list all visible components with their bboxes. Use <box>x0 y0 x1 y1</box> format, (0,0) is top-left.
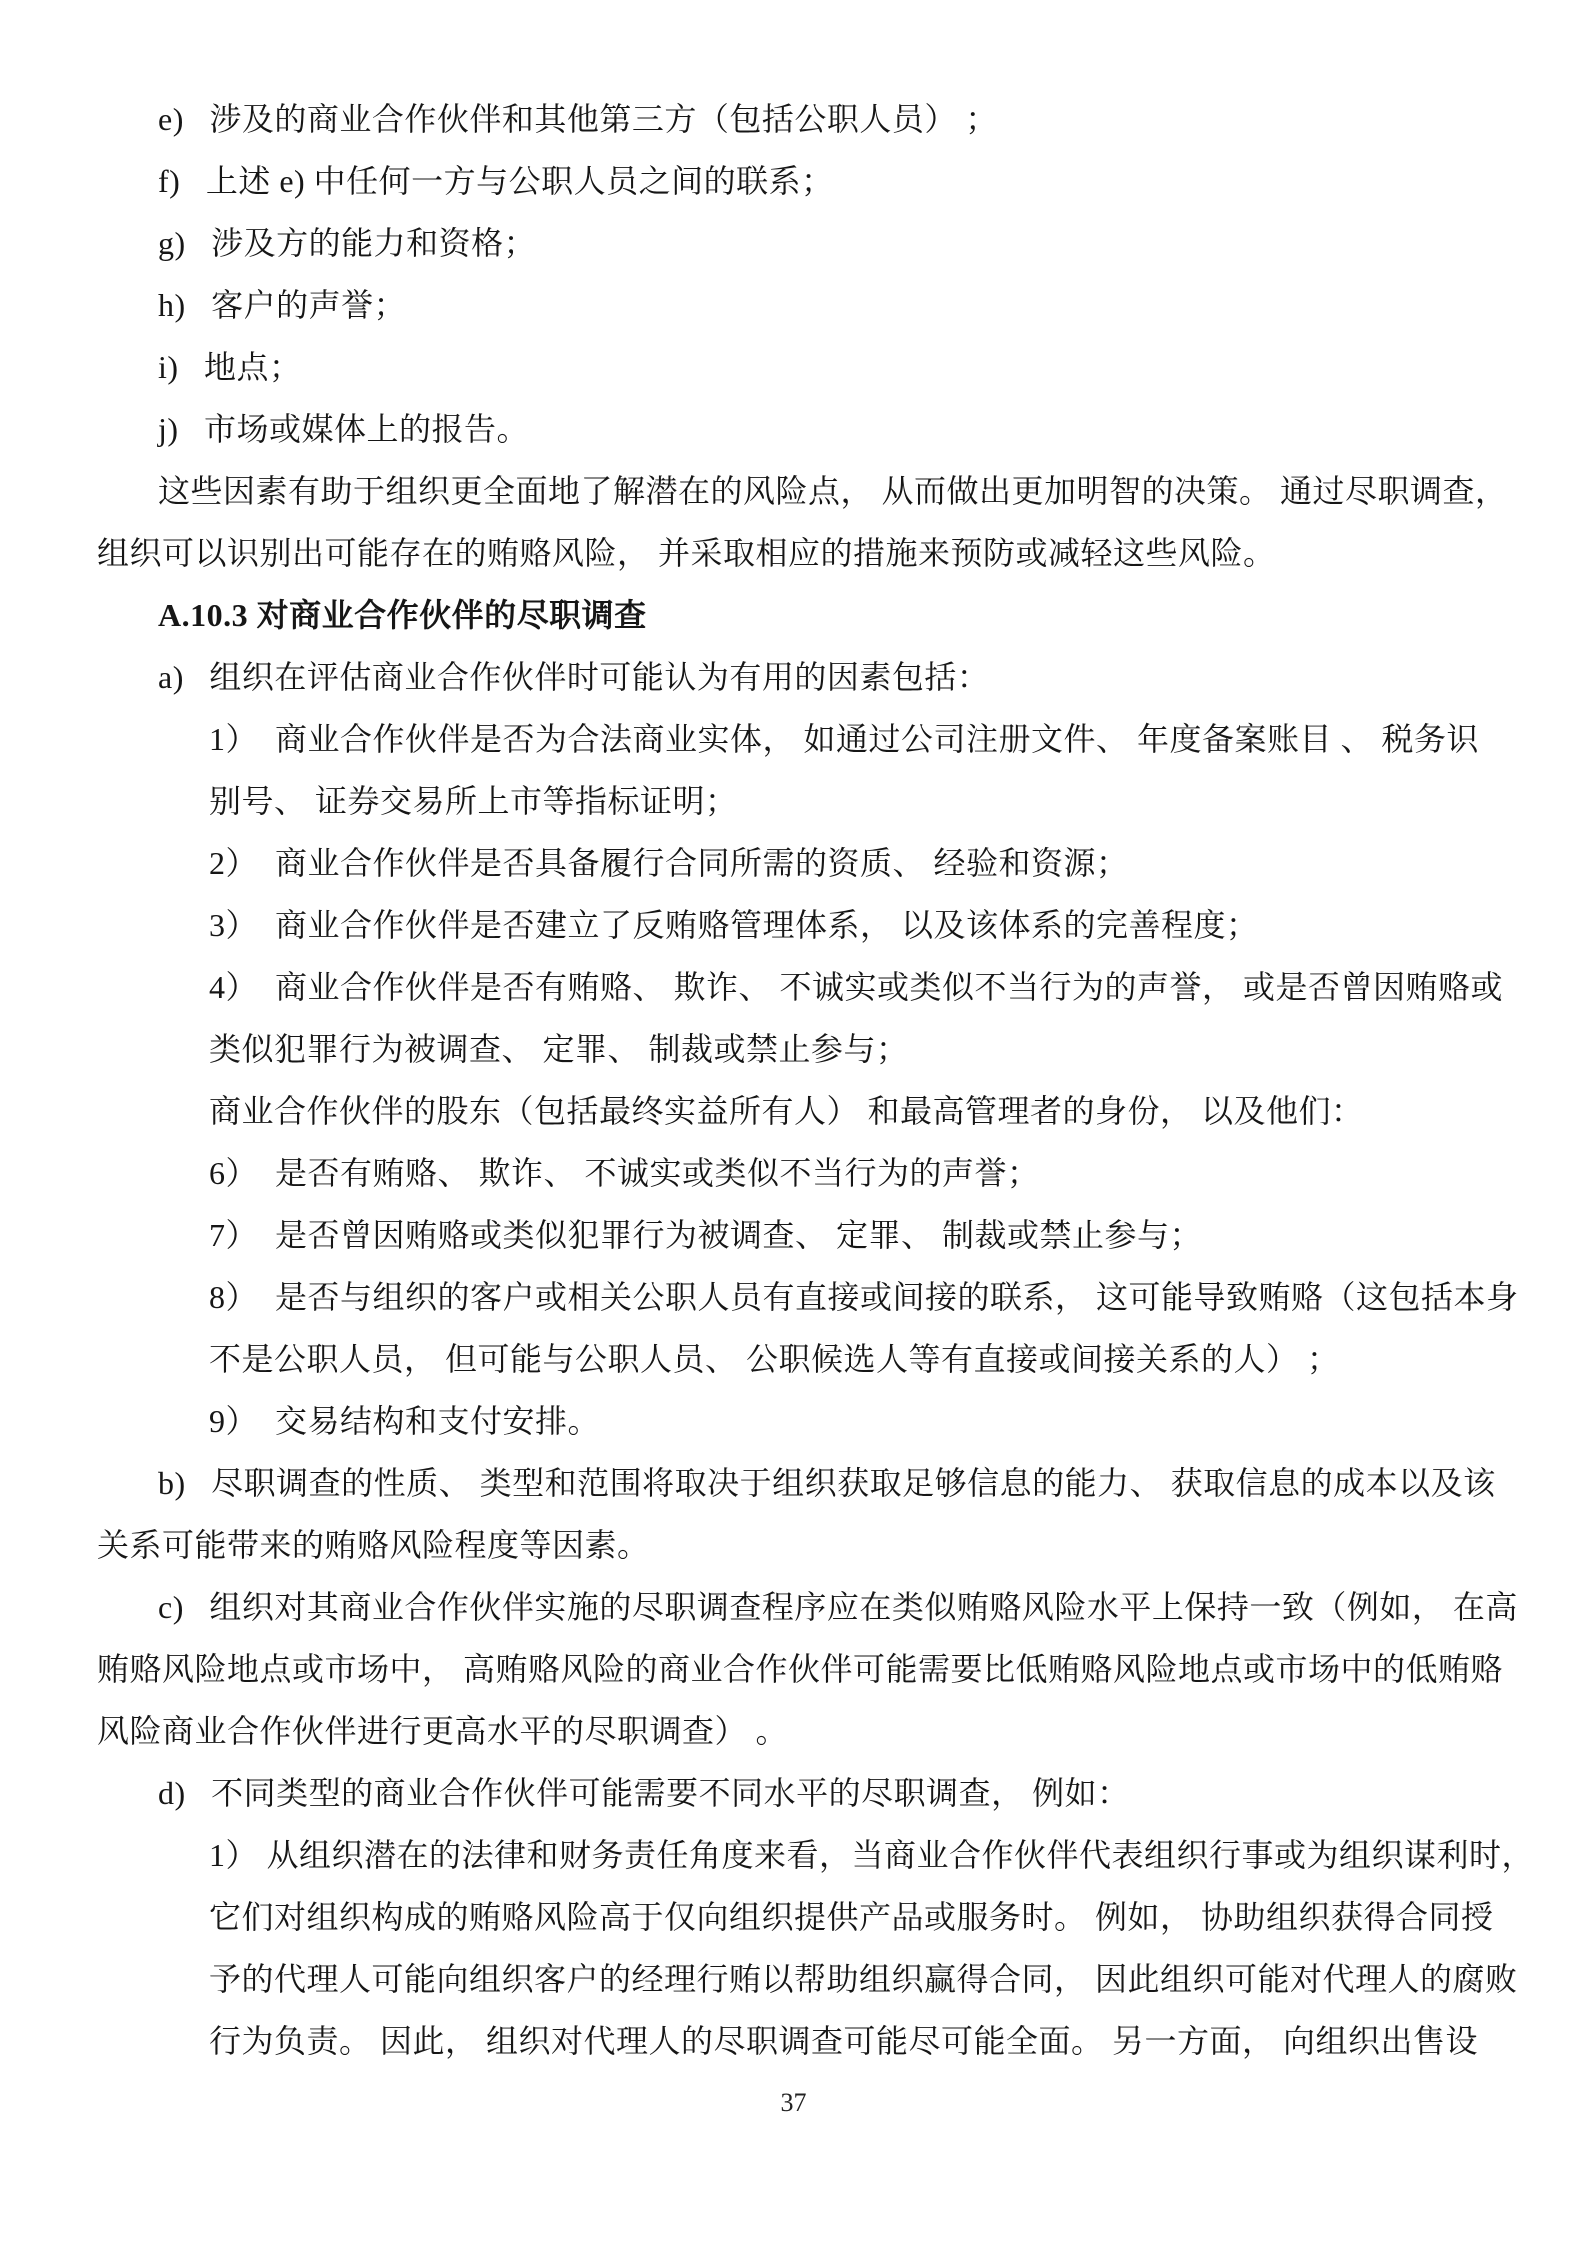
list-item-c-continuation-2: 风险商业合作伙伴进行更高水平的尽职调查） 。 <box>97 1700 1522 1762</box>
list-item-g: g) 涉及方的能力和资格； <box>97 212 1522 274</box>
list-item-d1-continuation-3: 行为负责。 因此， 组织对代理人的尽职调查可能尽可能全面。 另一方面， 向组织出… <box>97 2010 1522 2072</box>
list-item-2: 2） 商业合作伙伴是否具备履行合同所需的资质、 经验和资源； <box>97 832 1522 894</box>
list-item-d: d) 不同类型的商业合作伙伴可能需要不同水平的尽职调查， 例如： <box>97 1762 1522 1824</box>
section-heading-a-10-3: A.10.3 对商业合作伙伴的尽职调查 <box>97 584 1522 646</box>
list-item-h: h) 客户的声誉； <box>97 274 1522 336</box>
list-item-c: c) 组织对其商业合作伙伴实施的尽职调查程序应在类似贿赂风险水平上保持一致（例如… <box>97 1576 1522 1638</box>
list-item-d1-continuation-2: 予的代理人可能向组织客户的经理行贿以帮助组织赢得合同， 因此组织可能对代理人的腐… <box>97 1948 1522 2010</box>
list-item-9: 9） 交易结构和支付安排。 <box>97 1390 1522 1452</box>
list-item-f: f) 上述 e) 中任何一方与公职人员之间的联系； <box>97 150 1522 212</box>
list-item-1: 1） 商业合作伙伴是否为合法商业实体， 如通过公司注册文件、 年度备案账目 、 … <box>97 708 1522 770</box>
list-item-7: 7） 是否曾因贿赂或类似犯罪行为被调查、 定罪、 制裁或禁止参与； <box>97 1204 1522 1266</box>
list-item-6: 6） 是否有贿赂、 欺诈、 不诚实或类似不当行为的声誉； <box>97 1142 1522 1204</box>
page-number: 37 <box>0 2072 1587 2134</box>
list-item-b-continuation: 关系可能带来的贿赂风险程度等因素。 <box>97 1514 1522 1576</box>
document-body: e) 涉及的商业合作伙伴和其他第三方（包括公职人员） ；f) 上述 e) 中任何… <box>0 0 1587 2072</box>
list-item-3: 3） 商业合作伙伴是否建立了反贿赂管理体系， 以及该体系的完善程度； <box>97 894 1522 956</box>
paragraph-line-2: 组织可以识别出可能存在的贿赂风险， 并采取相应的措施来预防或减轻这些风险。 <box>97 522 1522 584</box>
paragraph-line-1: 这些因素有助于组织更全面地了解潜在的风险点， 从而做出更加明智的决策。 通过尽职… <box>97 460 1522 522</box>
list-item-b: b) 尽职调查的性质、 类型和范围将取决于组织获取足够信息的能力、 获取信息的成… <box>97 1452 1522 1514</box>
list-item-a: a) 组织在评估商业合作伙伴时可能认为有用的因素包括： <box>97 646 1522 708</box>
list-item-e: e) 涉及的商业合作伙伴和其他第三方（包括公职人员） ； <box>97 88 1522 150</box>
list-item-5-shareholders: 商业合作伙伴的股东（包括最终实益所有人） 和最高管理者的身份， 以及他们： <box>97 1080 1522 1142</box>
list-item-j: j) 市场或媒体上的报告。 <box>97 398 1522 460</box>
list-item-8-continuation: 不是公职人员， 但可能与公职人员、 公职候选人等有直接或间接关系的人） ； <box>97 1328 1522 1390</box>
list-item-8: 8） 是否与组织的客户或相关公职人员有直接或间接的联系， 这可能导致贿赂（这包括… <box>97 1266 1522 1328</box>
list-item-d1: 1） 从组织潜在的法律和财务责任角度来看，当商业合作伙伴代表组织行事或为组织谋利… <box>97 1824 1522 1886</box>
list-item-c-continuation-1: 贿赂风险地点或市场中， 高贿赂风险的商业合作伙伴可能需要比低贿赂风险地点或市场中… <box>97 1638 1522 1700</box>
list-item-4: 4） 商业合作伙伴是否有贿赂、 欺诈、 不诚实或类似不当行为的声誉， 或是否曾因… <box>97 956 1522 1018</box>
list-item-4-continuation: 类似犯罪行为被调查、 定罪、 制裁或禁止参与； <box>97 1018 1522 1080</box>
list-item-d1-continuation-1: 它们对组织构成的贿赂风险高于仅向组织提供产品或服务时。 例如， 协助组织获得合同… <box>97 1886 1522 1948</box>
list-item-i: i) 地点； <box>97 336 1522 398</box>
document-page: e) 涉及的商业合作伙伴和其他第三方（包括公职人员） ；f) 上述 e) 中任何… <box>0 0 1587 2245</box>
list-item-1-continuation: 别号、 证券交易所上市等指标证明； <box>97 770 1522 832</box>
